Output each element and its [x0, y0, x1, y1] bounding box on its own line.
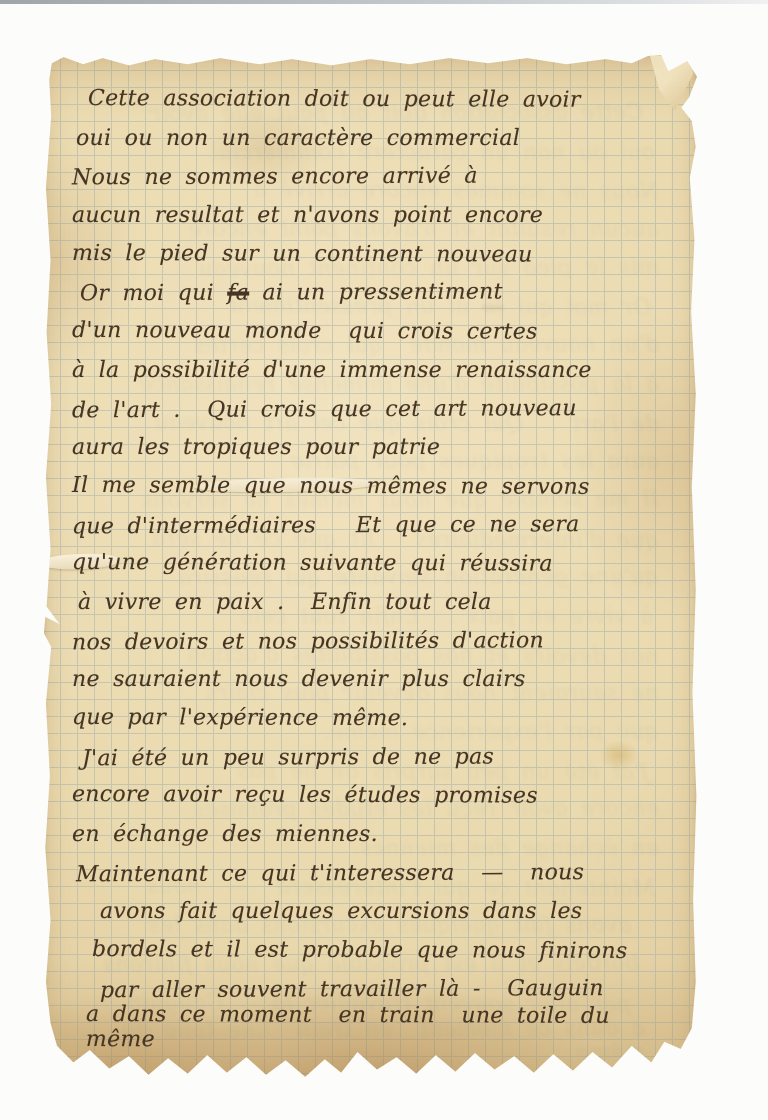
letter-line: aucun resultat et n'avons point encore: [64, 196, 687, 235]
handwriting-segment: bordels et il est probable que nous fini…: [92, 937, 628, 964]
letter-line: à la possibilité d'une immense renaissan…: [64, 351, 687, 390]
handwriting-segment: encore avoir reçu les études promises: [72, 782, 538, 809]
handwriting-segment: qu'une génération suivante qui réussira: [72, 550, 553, 577]
letter-line: mis le pied sur un continent nouveau: [64, 234, 687, 275]
letter-line: à vivre en paix . Enfin tout cela: [64, 583, 687, 622]
handwriting-segment: en échange des miennes.: [72, 822, 378, 847]
letter-line: nos devoirs et nos possibilités d'action: [64, 620, 687, 661]
letter-line: de l'art . Qui crois que cet art nouveau: [64, 388, 687, 429]
letter-line: en échange des miennes.: [64, 815, 687, 854]
handwriting-segment: aura les tropiques pour patrie: [72, 435, 440, 460]
letter-line: Cette association doit ou peut elle avoi…: [64, 79, 687, 120]
handwriting-segment: Or moi qui: [80, 281, 227, 307]
handwriting-segment: Cette association doit ou peut elle avoi…: [88, 86, 581, 113]
letter-line: bordels et il est probable que nous fini…: [64, 930, 687, 971]
handwriting-segment: avons fait quelques excursions dans les: [100, 899, 582, 924]
handwriting-segment: à la possibilité d'une immense renaissan…: [72, 358, 592, 383]
handwriting-segment: nos devoirs et nos possibilités d'action: [72, 628, 544, 655]
letter-line: qu'une génération suivante qui réussira: [64, 543, 687, 584]
letter-line: oui ou non un caractère commercial: [64, 119, 687, 158]
handwriting-segment: Maintenant ce qui t'interessera — nous: [76, 860, 584, 887]
letter-line: encore avoir reçu les études promises: [64, 775, 687, 816]
letter-line: a dans ce moment en train une toile du m…: [64, 1007, 687, 1048]
letter-line: J'ai été un peu surpris de ne pas: [64, 736, 687, 777]
letter-line: Maintenant ce qui t'interessera — nous: [64, 852, 687, 893]
handwriting-segment: mis le pied sur un continent nouveau: [72, 241, 533, 268]
handwriting-segment: Il me semble que nous mêmes ne servons: [72, 473, 590, 500]
letter-line: Nous ne sommes encore arrivé à: [64, 156, 687, 197]
handwriting-segment: aucun resultat et n'avons point encore: [72, 203, 543, 228]
scanner-edge-strip: [0, 0, 768, 4]
letter-line: Il me semble que nous mêmes ne servons: [64, 466, 687, 507]
handwriting-segment: ai un pressentiment: [249, 280, 503, 306]
letter-line: que d'intermédiaires Et que ce ne sera: [64, 504, 687, 545]
letter-line: aura les tropiques pour patrie: [64, 428, 687, 467]
handwriting-segment: que par l'expérience même.: [72, 705, 408, 731]
letter-line: avons fait quelques excursions dans les: [64, 892, 687, 931]
handwriting-segment: d'un nouveau monde qui crois certes: [72, 318, 538, 345]
struck-out-word: fa: [227, 281, 249, 306]
handwriting-segment: ne sauraient nous devenir plus clairs: [72, 667, 526, 692]
handwriting-segment: par aller souvent travailler là - Gaugui…: [100, 976, 604, 1003]
letter-line: ne sauraient nous devenir plus clairs: [64, 660, 687, 699]
handwriting-segment: à vivre en paix . Enfin tout cela: [78, 590, 492, 615]
handwriting-segment: de l'art . Qui crois que cet art nouveau: [72, 395, 577, 422]
handwriting-segment: J'ai été un peu surpris de ne pas: [82, 744, 494, 771]
handwriting-segment: Nous ne sommes encore arrivé à: [72, 164, 478, 191]
letter-line: Or moi qui fa ai un pressentiment: [64, 272, 687, 313]
letter-line: d'un nouveau monde qui crois certes: [64, 311, 687, 352]
handwriting-segment: a dans ce moment en train une toile du m…: [86, 1002, 687, 1054]
handwritten-text: Cette association doit ou peut elle avoi…: [44, 54, 697, 1085]
handwriting-segment: que d'intermédiaires Et que ce ne sera: [72, 512, 580, 539]
handwriting-segment: oui ou non un caractère commercial: [76, 126, 520, 151]
letter-line: que par l'expérience même.: [64, 698, 687, 739]
letter-page: Cette association doit ou peut elle avoi…: [44, 54, 697, 1085]
